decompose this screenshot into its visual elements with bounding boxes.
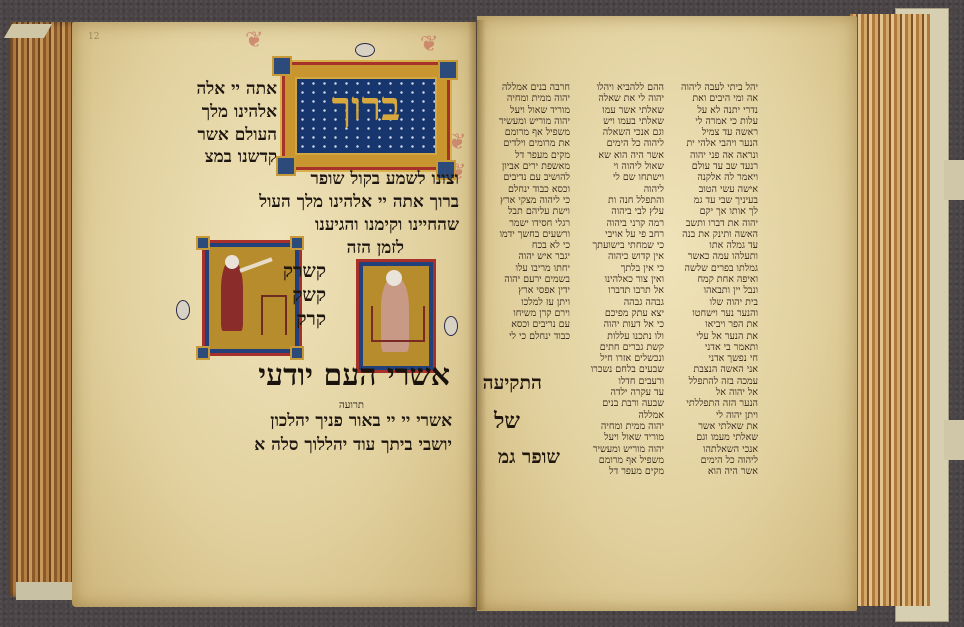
column-line: הנער הזה התפללתי: [672, 398, 758, 409]
column-line: אה ומי היבים ואת: [672, 93, 758, 104]
figure-head: [225, 255, 239, 269]
figure-head: [386, 270, 402, 286]
column-line: לך אותו אך יקם: [672, 206, 758, 217]
column-line: שבעים בלחם נשכרו: [578, 364, 664, 375]
column-line: גבהה גבהה: [578, 297, 664, 308]
column-line: עד עקרה ילדה: [578, 387, 664, 398]
column-line: את שאלתי אשר: [672, 421, 758, 432]
panel-corner: [272, 56, 292, 76]
column-line: שאלתי מעמו וגם: [672, 432, 758, 443]
column-line: בשמים ירעם יהוה: [484, 274, 570, 285]
text-line: אשרי יי יי באור פניך יהלכון: [270, 410, 452, 433]
column-line: שאול ליהוה וי: [578, 161, 664, 172]
column-line: חרבה בנים אמללה: [484, 82, 570, 93]
column-line: כי לא בכח: [484, 240, 570, 251]
text-line: לזמן הזה: [347, 237, 404, 260]
column-line: אנכי השאלתהו: [672, 444, 758, 455]
column-line: גמלתו בפרים שלשה: [672, 263, 758, 274]
text-line: יושבי ביתך עוד יהללוך סלה א: [254, 434, 452, 457]
library-stamp: [176, 300, 190, 320]
display-line: אשרי העם יודעי: [258, 358, 450, 393]
throne: [371, 306, 425, 342]
column-line: האשה ותינק את בנה: [672, 229, 758, 240]
text-column-right: יהל ביתי לעבה ליהוהאה ומי היבים ואתנדרי …: [672, 82, 758, 467]
library-stamp: [355, 43, 375, 57]
text-line: אתה יי אלה: [197, 78, 277, 101]
column-line: מקים מעפר דל: [484, 150, 570, 161]
column-line: ההם ללהביא ויהלו: [578, 82, 664, 93]
column-line: מוריד שאול ויעל: [484, 105, 570, 116]
column-line: ולו נתכנו עללות: [578, 331, 664, 342]
column-line: כי אל דעות יהוה: [578, 319, 664, 330]
column-line: קשת גברים חתים: [578, 342, 664, 353]
column-line: והנער נער וישחטו: [672, 308, 758, 319]
mount-tab: [944, 420, 964, 460]
text-line: אלהינו מלך: [202, 101, 277, 124]
column-line: את הנער אל עלי: [672, 331, 758, 342]
column-line: עד גמלה אתו: [672, 240, 758, 251]
column-line: את הפר ויביאו: [672, 319, 758, 330]
column-line: מקים מעפר דל: [578, 466, 664, 477]
column-line: ראשה עד צמיל: [672, 127, 758, 138]
left-page-edges: [10, 22, 78, 597]
starry-lapis-ground: ברוך: [295, 77, 437, 155]
catchword: שופר גמ: [498, 446, 560, 469]
column-line: עמכה בזה להתפלל: [672, 376, 758, 387]
text-line: קשרק: [283, 260, 326, 283]
text-line: קדשנו במצ: [205, 146, 277, 169]
column-line: משפיל אף מרומם: [484, 127, 570, 138]
column-line: ותאמר בי אדני: [672, 342, 758, 353]
column-line: ורשעים בחשך ידמו: [484, 229, 570, 240]
column-line: יהוה מוריש ומעשיר: [578, 444, 664, 455]
column-line: מאשפת ירים אביון: [484, 161, 570, 172]
catchword: של: [494, 408, 520, 434]
column-line: עלות כי אמרה לי: [672, 116, 758, 127]
column-line: יהוה ממית ומחיה: [578, 421, 664, 432]
column-line: וירם קרן משיחו: [484, 308, 570, 319]
column-line: מוריד שאול ויעל: [578, 432, 664, 443]
column-line: יהוה את דברו ותשב: [672, 218, 758, 229]
column-line: אשר היה הוא שא: [578, 150, 664, 161]
column-line: רחב פי על אויבי: [578, 229, 664, 240]
panel-corner: [438, 60, 458, 80]
column-line: חי נפשך אדני: [672, 353, 758, 364]
column-line: וישת עליהם תבל: [484, 206, 570, 217]
illuminated-word-panel: ברוך: [282, 62, 450, 170]
column-line: ליהוה: [578, 184, 664, 195]
column-line: ויתן עז למלכו: [484, 297, 570, 308]
text-line: העולם אשר: [197, 124, 277, 147]
column-line: ונראה אה פני יהוה: [672, 150, 758, 161]
column-line: אל יהוה אל: [672, 387, 758, 398]
column-line: כבוד ינחלם כי לי: [484, 331, 570, 342]
mount-corner-bottom-left: [16, 582, 76, 600]
miniature-corner: [290, 236, 304, 250]
column-line: רנעד שב עד עולם: [672, 161, 758, 172]
floral-ornament: ❦: [245, 28, 263, 53]
floral-ornament: ❦: [420, 32, 438, 57]
column-line: ליהוה כל הימים: [672, 455, 758, 466]
miniature-corner: [196, 346, 210, 360]
column-line: והתפלל חנה ות: [578, 195, 664, 206]
column-line: נדרי יתנה לא על: [672, 105, 758, 116]
illuminated-word: ברוך: [297, 83, 435, 130]
column-line: בעיניך שבי עד גמ: [672, 195, 758, 206]
column-line: ויאמר לה אלקנה: [672, 172, 758, 183]
column-line: ואין צור כאלהינו: [578, 274, 664, 285]
column-line: וגם אנכי השאלה: [578, 127, 664, 138]
right-page-edges: [850, 14, 930, 606]
column-line: יהוה לי את שאלה: [578, 93, 664, 104]
column-line: יגבר איש יהוה: [484, 251, 570, 262]
column-line: וישתחו שם לי: [578, 172, 664, 183]
column-line: ואיפה אחת קמח: [672, 274, 758, 285]
column-line: ורעבים חדלו: [578, 376, 664, 387]
column-line: כי אין בלתך: [578, 263, 664, 274]
text-column-middle: ההם ללהביא ויהלויהוה לי את שאלהשאלתי אשר…: [578, 82, 664, 467]
column-line: משפיל אף מרומם: [578, 455, 664, 466]
column-line: וכסא כבוד ינחלם: [484, 184, 570, 195]
column-line: אמללה: [578, 410, 664, 421]
column-line: ליהוה כל הימים: [578, 138, 664, 149]
column-line: ותעלהו עמה כאשר: [672, 251, 758, 262]
miniature-seated-figure: [359, 262, 433, 370]
column-line: כי שמחתי בישועתך: [578, 240, 664, 251]
column-line: אשר היה הוא: [672, 466, 758, 477]
column-line: הנער ויהבי אלהי ית: [672, 138, 758, 149]
column-line: ויתן יהוה לי: [672, 410, 758, 421]
column-line: שבעה ורבת בנים: [578, 398, 664, 409]
text-line: וצונו לשמע בקול שופר: [310, 168, 459, 191]
column-line: בית יהוה שלו: [672, 297, 758, 308]
column-line: שאלתי אשר עמו: [578, 105, 664, 116]
column-line: שאלתי בעמו ויש: [578, 116, 664, 127]
column-line: ונכשלים אזרו חיל: [578, 353, 664, 364]
lectern: [261, 295, 287, 335]
column-line: ידין אפסי ארץ: [484, 285, 570, 296]
catchword: התקיעה: [483, 372, 542, 395]
text-line: ברוך אתה יי אלהינו מלך העול: [259, 191, 459, 214]
column-line: אני האשה הנצבת: [672, 364, 758, 375]
column-line: יהוה מוריש ומעשיר: [484, 116, 570, 127]
mount-corner-top-left: [4, 24, 52, 38]
text-line: קשק: [292, 284, 326, 307]
column-line: עם נריבים וכסא: [484, 319, 570, 330]
column-line: להושיב עם נדיבים: [484, 172, 570, 183]
panel-corner: [276, 156, 296, 176]
column-line: אל תרבו תדברו: [578, 285, 664, 296]
miniature-corner: [196, 236, 210, 250]
shofar: [239, 257, 272, 272]
text-line: שהחיינו וקימנו והגיענו: [315, 214, 459, 237]
library-stamp: [444, 316, 458, 336]
column-line: עלץ לבי ביהוה: [578, 206, 664, 217]
column-line: רמה קרני ביהוה: [578, 218, 664, 229]
column-line: יחתו מריבו עלו: [484, 263, 570, 274]
column-line: יהל ביתי לעבה ליהוה: [672, 82, 758, 93]
column-line: את מרומים וילדים: [484, 138, 570, 149]
folio-mark: 12: [88, 32, 99, 42]
mount-tab: [944, 160, 964, 200]
floral-ornament: ❦: [448, 130, 466, 155]
column-line: ונבל יין ותבאהו: [672, 285, 758, 296]
text-line: קרק: [296, 308, 326, 331]
column-line: אין קדוש כיהוה: [578, 251, 664, 262]
column-line: יצא עתק מפיכם: [578, 308, 664, 319]
column-line: יהוה ממית ומחיה: [484, 93, 570, 104]
column-line: אישה עשי הטוב: [672, 184, 758, 195]
column-line: רגלי חסידו ישמר: [484, 218, 570, 229]
text-column-left: חרבה בנים אמללהיהוה ממית ומחיהמוריד שאול…: [484, 82, 570, 352]
column-line: כי ליהוה מצקי ארץ: [484, 195, 570, 206]
